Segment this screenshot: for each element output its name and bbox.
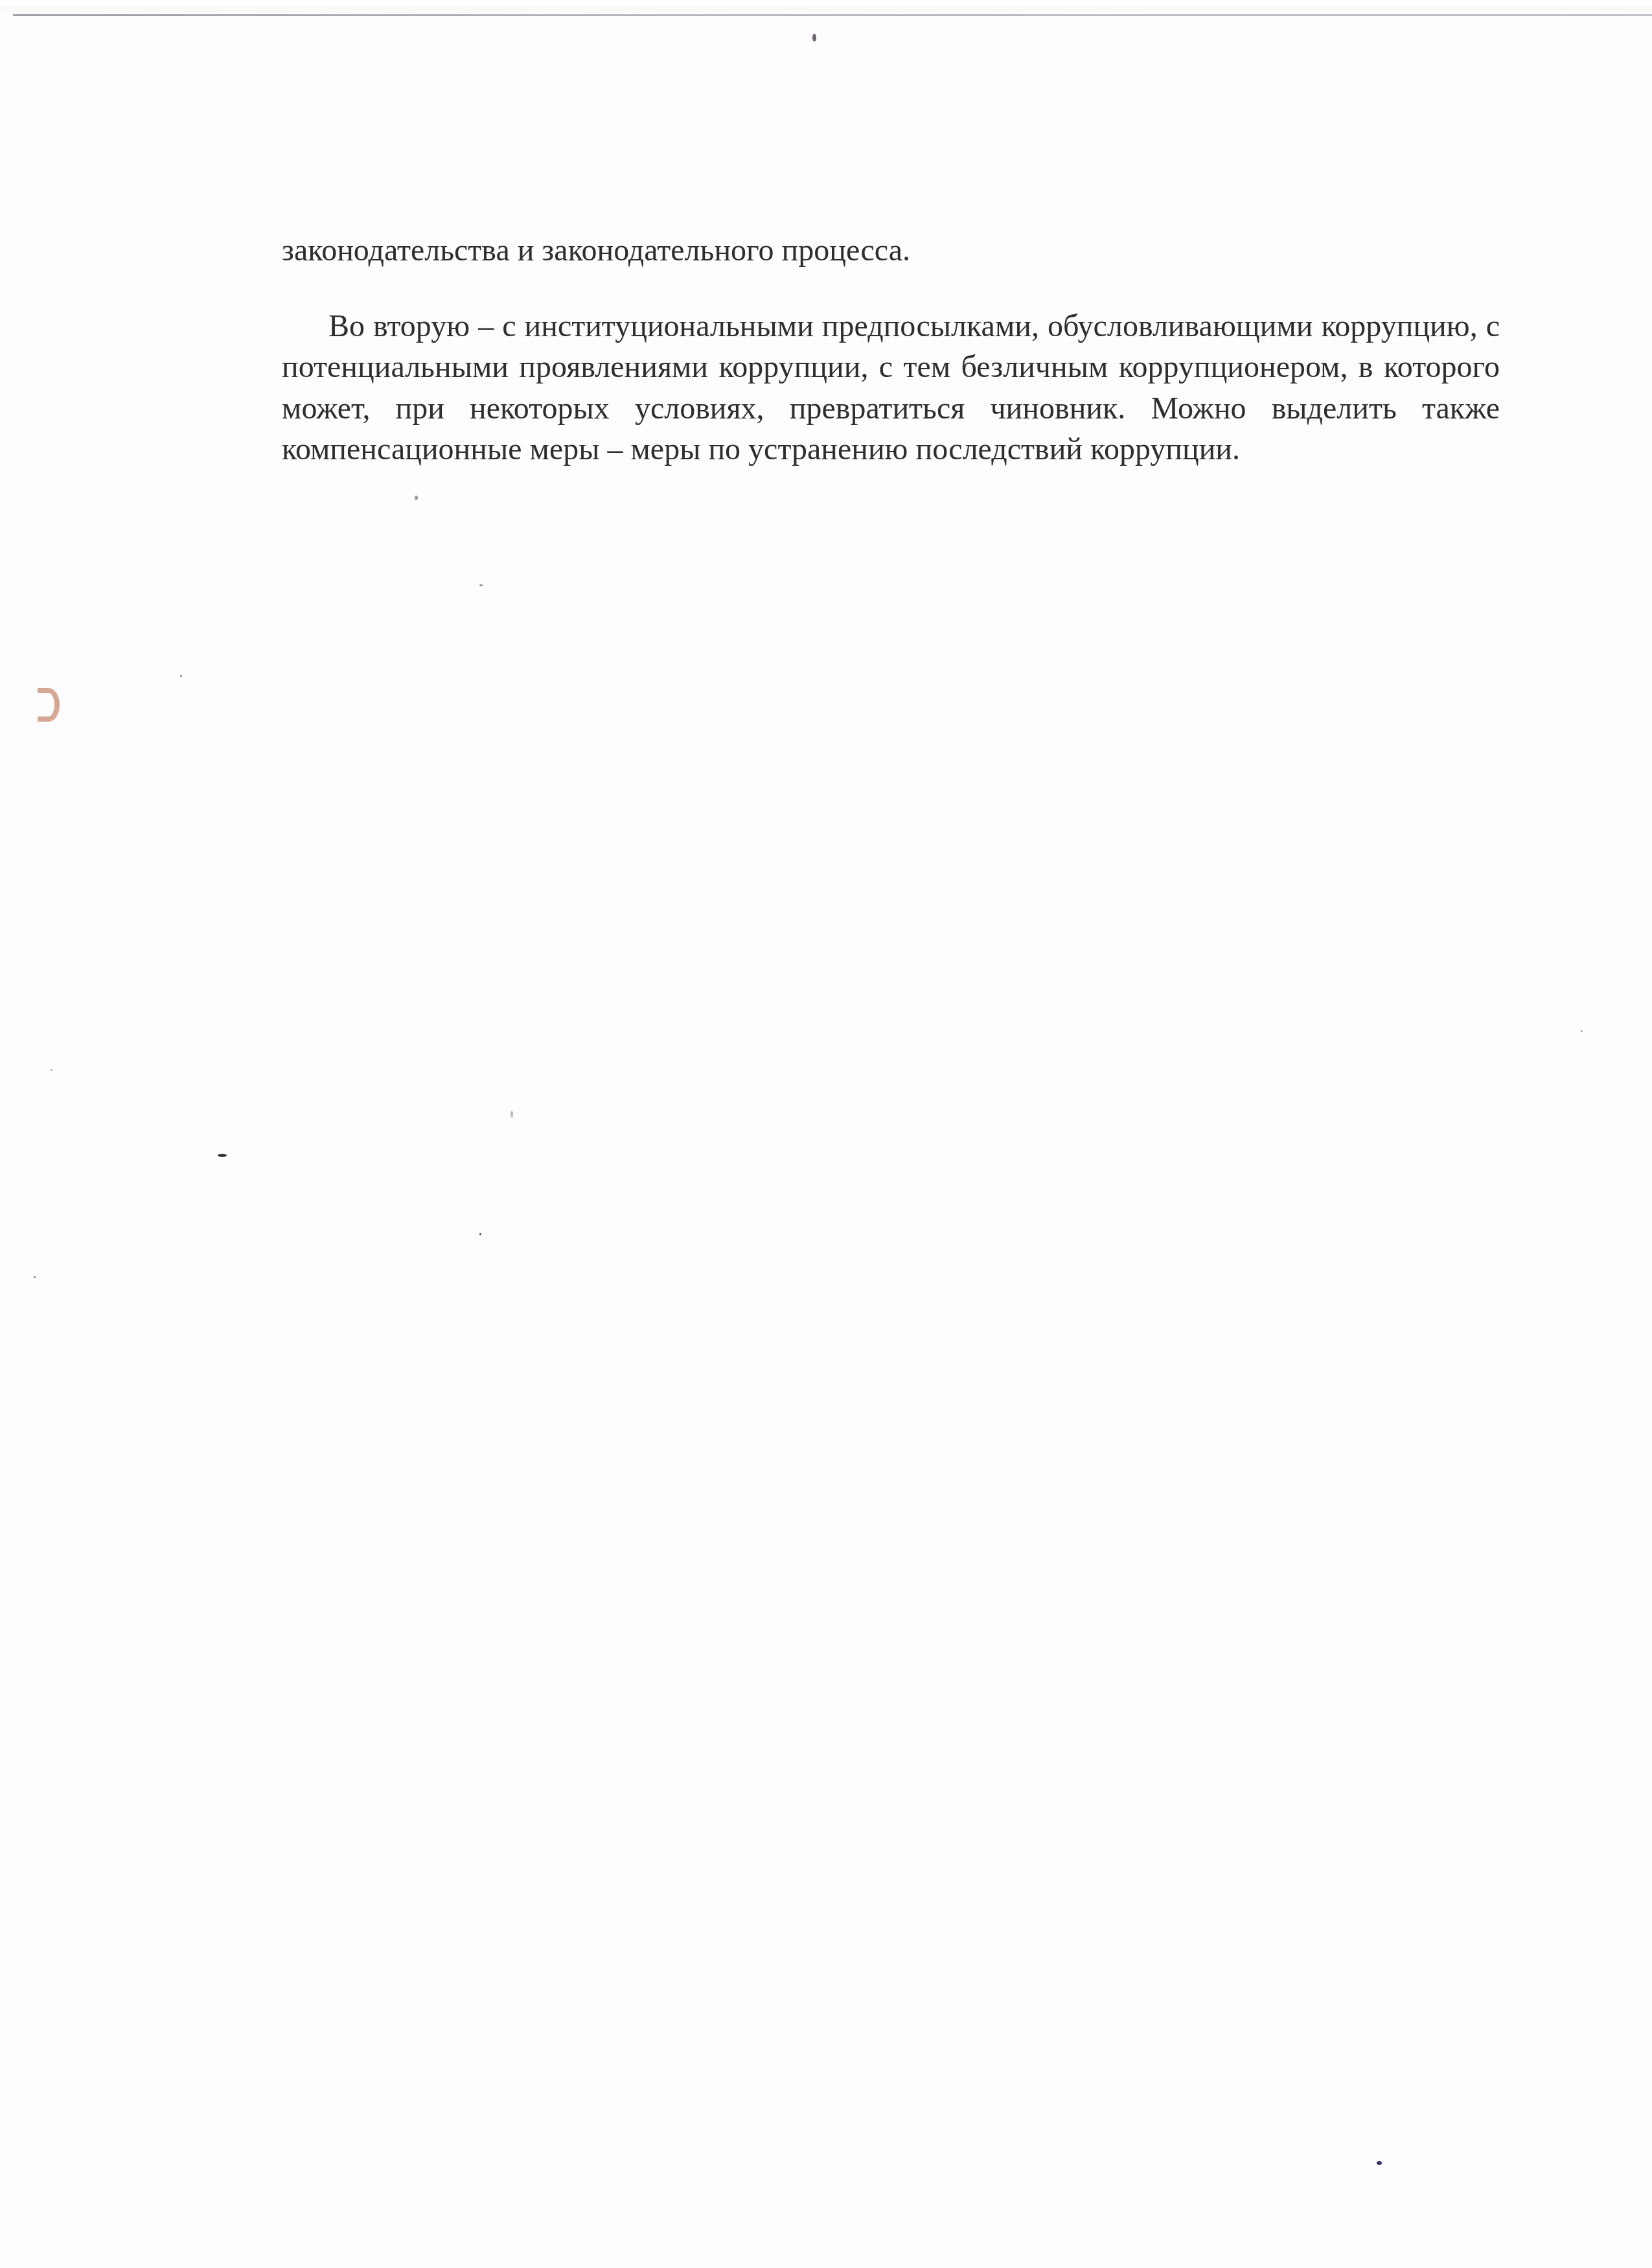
scan-speck [1377, 2161, 1382, 2165]
paragraph-second-group: Во вторую – с институциональными предпос… [282, 306, 1500, 470]
scan-speck [34, 1276, 36, 1278]
scan-speck [218, 1154, 227, 1157]
paragraph-continuation: законодательства и законодательного проц… [282, 230, 1500, 271]
scan-speck [415, 496, 418, 500]
scan-speck [1581, 1030, 1583, 1032]
scan-speck [479, 1233, 481, 1235]
scan-page-edge [13, 14, 1652, 16]
scan-speck [511, 1111, 513, 1117]
document-page: законодательства и законодательного проц… [282, 230, 1500, 470]
scan-speck [51, 1069, 52, 1071]
scan-speck [180, 675, 182, 677]
scan-speck [812, 34, 816, 41]
scan-speck [479, 584, 483, 586]
scan-stain [38, 688, 60, 722]
scan-top-glow [0, 6, 1652, 12]
